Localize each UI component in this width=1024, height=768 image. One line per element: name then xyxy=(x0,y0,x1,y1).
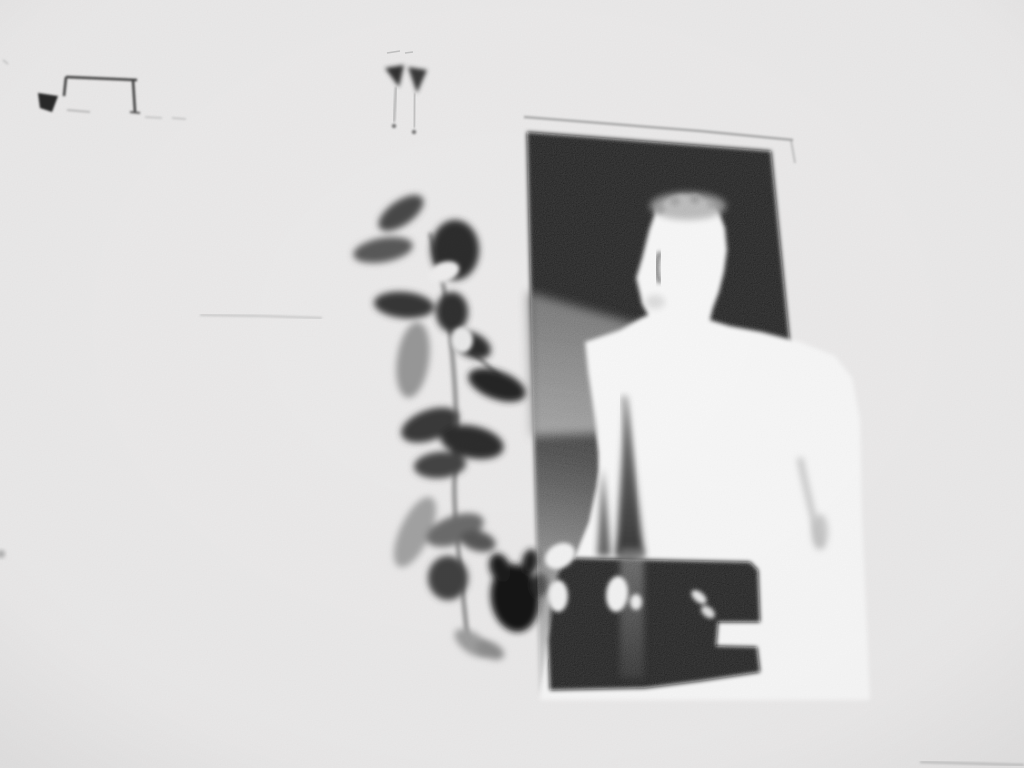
photograph xyxy=(0,0,1024,768)
vignette-overlay xyxy=(0,0,1024,768)
photo-scene xyxy=(0,0,1024,768)
